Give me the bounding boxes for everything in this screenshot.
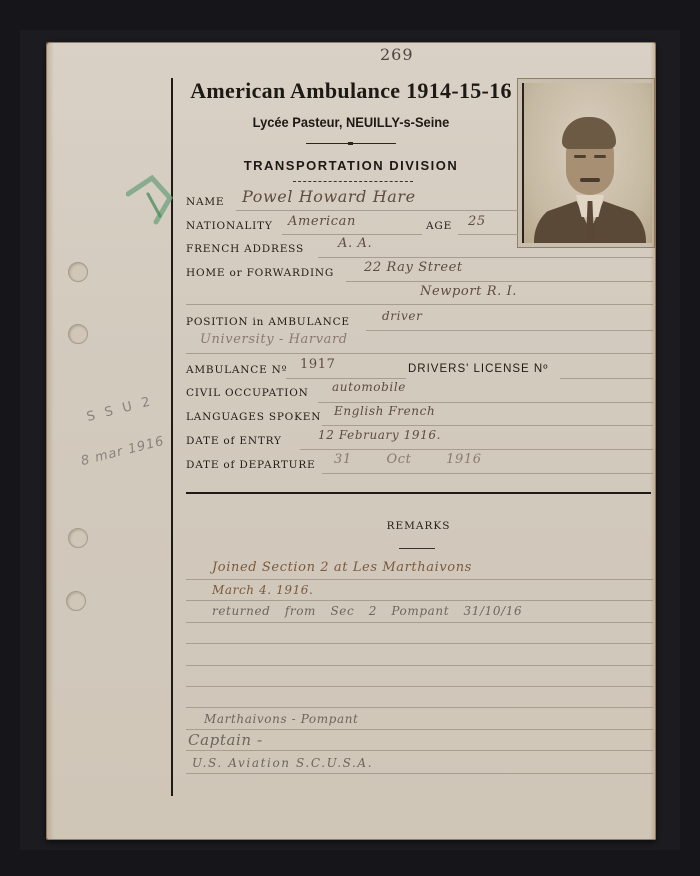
date-of-departure-value: 31 Oct 1916 — [334, 452, 482, 467]
remarks-rule — [186, 773, 653, 774]
civil-occupation-label: CIVIL OCCUPATION — [186, 387, 309, 399]
name-rule — [236, 210, 518, 211]
portrait-photo — [522, 83, 652, 243]
home-forwarding-label: HOME or FORWARDING — [186, 267, 334, 279]
remarks-line: returned from Sec 2 Pompant 31/10/16 — [212, 604, 522, 618]
french-address-label: FRENCH ADDRESS — [186, 243, 304, 255]
ornamental-rule — [306, 143, 396, 144]
civil-occupation-rule — [318, 402, 653, 403]
remarks-rule — [186, 707, 653, 708]
ambulance-record-card: 269 American Ambulance 1914-15-16 Lycée … — [46, 42, 656, 840]
age-rule — [458, 234, 518, 235]
remarks-heading: REMARKS — [186, 520, 651, 532]
date-of-entry-value: 12 February 1916. — [318, 428, 441, 442]
remarks-rule — [186, 622, 653, 623]
remarks-rule — [186, 686, 653, 687]
photo-brow-left — [574, 155, 586, 158]
punch-hole — [66, 591, 86, 611]
age-label: AGE — [426, 220, 452, 232]
document-subtitle: Lycée Pasteur, NEUILLY-s-Seine — [199, 114, 503, 130]
ambulance-number-label: AMBULANCE Nº — [186, 364, 287, 376]
date-of-departure-rule — [322, 473, 653, 474]
nationality-rule — [282, 234, 422, 235]
languages-label: LANGUAGES SPOKEN — [186, 411, 321, 423]
name-label: NAME — [186, 196, 224, 208]
position-label: POSITION in AMBULANCE — [186, 316, 350, 328]
margin-note-date: 8 mar 1916 — [79, 434, 166, 469]
section-divider — [186, 492, 651, 494]
age-value: 25 — [468, 214, 486, 229]
position-note: University - Harvard — [200, 332, 348, 347]
sheet-number: 269 — [380, 45, 414, 64]
nationality-value: American — [288, 214, 356, 229]
remarks-rule — [186, 600, 653, 601]
drivers-license-rule — [560, 378, 653, 379]
position-rule — [366, 330, 653, 331]
portrait-photo-frame — [517, 78, 655, 248]
drivers-license-label: DRIVERS' LICENSE Nº — [408, 363, 548, 375]
remarks-rule — [186, 665, 653, 666]
ambulance-number-value: 1917 — [300, 357, 335, 372]
languages-rule — [322, 425, 653, 426]
date-of-departure-label: DATE of DEPARTURE — [186, 459, 316, 471]
remarks-rule — [186, 643, 653, 644]
remarks-line: Joined Section 2 at Les Marthaivons — [212, 560, 472, 575]
name-value: Powel Howard Hare — [242, 187, 416, 206]
remarks-underline — [399, 548, 435, 549]
punch-hole — [68, 262, 88, 282]
date-of-entry-label: DATE of ENTRY — [186, 435, 282, 447]
home-rule-2 — [186, 304, 653, 305]
division-heading: TRANSPORTATION DIVISION — [186, 158, 516, 173]
photo-moustache — [580, 178, 600, 182]
margin-note-unit: S S U 2 — [85, 394, 154, 425]
date-of-entry-rule — [300, 449, 653, 450]
remarks-line: Marthaivons - Pompant — [204, 712, 358, 726]
remarks-rule — [186, 579, 653, 580]
photo-hair — [562, 117, 616, 149]
home-rule-1 — [346, 281, 653, 282]
remarks-rule — [186, 729, 653, 730]
photo-brow-right — [594, 155, 606, 158]
home-address-line2: Newport R. I. — [420, 284, 517, 299]
remarks-rule — [186, 750, 653, 751]
nationality-label: NATIONALITY — [186, 220, 273, 232]
position-rule-2 — [186, 353, 653, 354]
punch-hole — [68, 528, 88, 548]
remarks-line: U.S. Aviation S.C.U.S.A. — [192, 756, 373, 770]
division-rule — [293, 181, 413, 182]
remarks-line: Captain - — [188, 731, 263, 749]
ambulance-number-rule — [286, 378, 406, 379]
languages-value: English French — [334, 404, 435, 418]
punch-hole — [68, 324, 88, 344]
civil-occupation-value: automobile — [332, 380, 406, 394]
position-value: driver — [382, 309, 422, 323]
green-check-mark-icon — [126, 172, 176, 232]
home-address-line1: 22 Ray Street — [364, 260, 463, 275]
french-address-rule — [318, 257, 653, 258]
document-title: American Ambulance 1914-15-16 — [186, 78, 516, 104]
french-address-value: A. A. — [338, 236, 372, 251]
remarks-line: March 4. 1916. — [212, 583, 313, 597]
